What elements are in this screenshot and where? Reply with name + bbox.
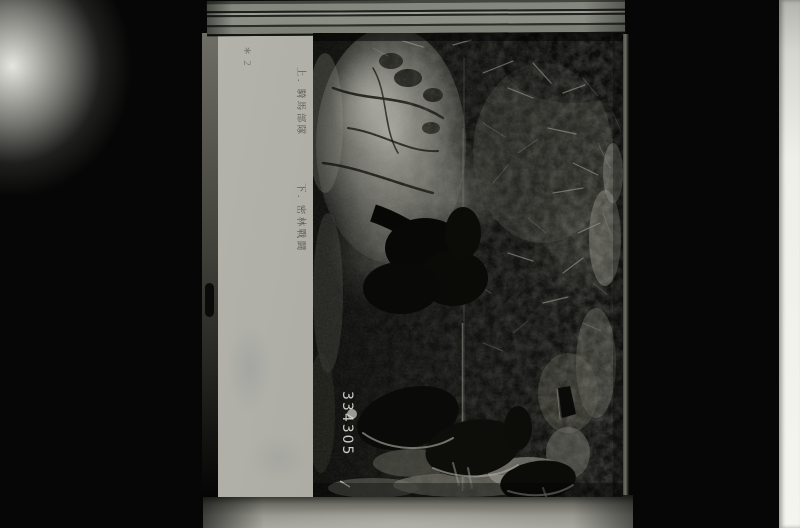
photo-bottom-vignette [313, 483, 623, 497]
caption-lower-photo: 下. 密林戰鬪 [295, 183, 309, 253]
book-top-page-edges [207, 0, 625, 36]
lamp-glow [0, 0, 230, 330]
paper-stain [248, 433, 308, 483]
photograph-artwork: 334305 [313, 33, 623, 497]
tabletop-sheen [263, 507, 563, 528]
page-edge-fade [207, 0, 625, 36]
print-border-strip [779, 0, 800, 528]
book-photograph: 334305 [313, 33, 623, 497]
page-fore-edge [623, 34, 629, 495]
paper-stain [226, 323, 272, 413]
handwritten-number: 334305 [339, 391, 355, 456]
photo-right-vignette [613, 33, 623, 497]
page-edge-notch [205, 283, 214, 317]
photographed-book-scene: 上. 騎馬部隊 下. 密林戰鬪 ∗2 [0, 0, 800, 528]
tabletop [203, 495, 633, 528]
caption-upper-photo: 上. 騎馬部隊 [295, 67, 309, 137]
photo-top-vignette [313, 33, 623, 41]
pencil-mark: ∗2 [241, 46, 254, 71]
book-left-page-stack-edge [202, 33, 218, 497]
